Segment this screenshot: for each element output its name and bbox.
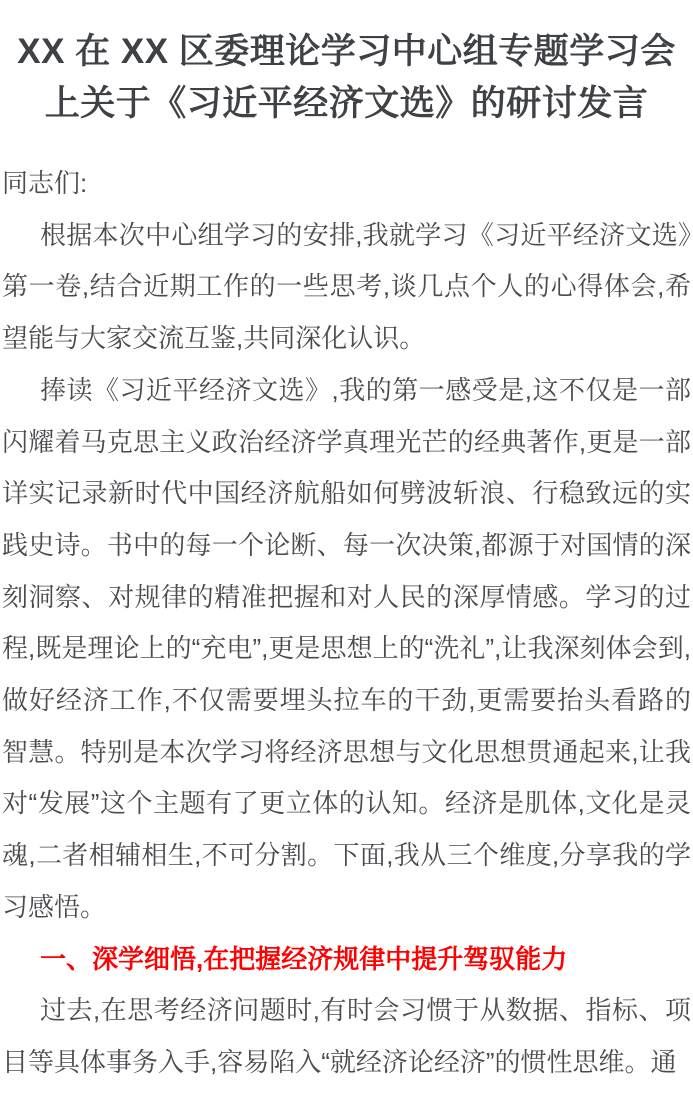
- body-paragraph-2: 捧读《习近平经济文选》,我的第一感受是,这不仅是一部闪耀着马克思主义政治经济学真…: [2, 365, 691, 934]
- body-paragraph-1: 根据本次中心组学习的安排,我就学习《习近平经济文选》第一卷,结合近期工作的一些思…: [2, 210, 691, 365]
- section-heading-1: 一、深学细悟,在把握经济规律中提升驾驭能力: [2, 934, 691, 986]
- document-title: XX 在 XX 区委理论学习中心组专题学习会 上关于《习近平经济文选》的研讨发言: [2, 26, 691, 130]
- section-1-paragraph-1: 过去,在思考经济问题时,有时会习惯于从数据、指标、项目等具体事务入手,容易陷入“…: [2, 985, 691, 1088]
- document-page: XX 在 XX 区委理论学习中心组专题学习会 上关于《习近平经济文选》的研讨发言…: [0, 0, 693, 1097]
- document-title-line-2: 上关于《习近平经济文选》的研讨发言: [2, 78, 691, 130]
- document-body: 同志们: 根据本次中心组学习的安排,我就学习《习近平经济文选》第一卷,结合近期工…: [0, 158, 693, 1089]
- document-title-line-1: XX 在 XX 区委理论学习中心组专题学习会: [2, 26, 691, 78]
- salutation: 同志们:: [2, 158, 691, 210]
